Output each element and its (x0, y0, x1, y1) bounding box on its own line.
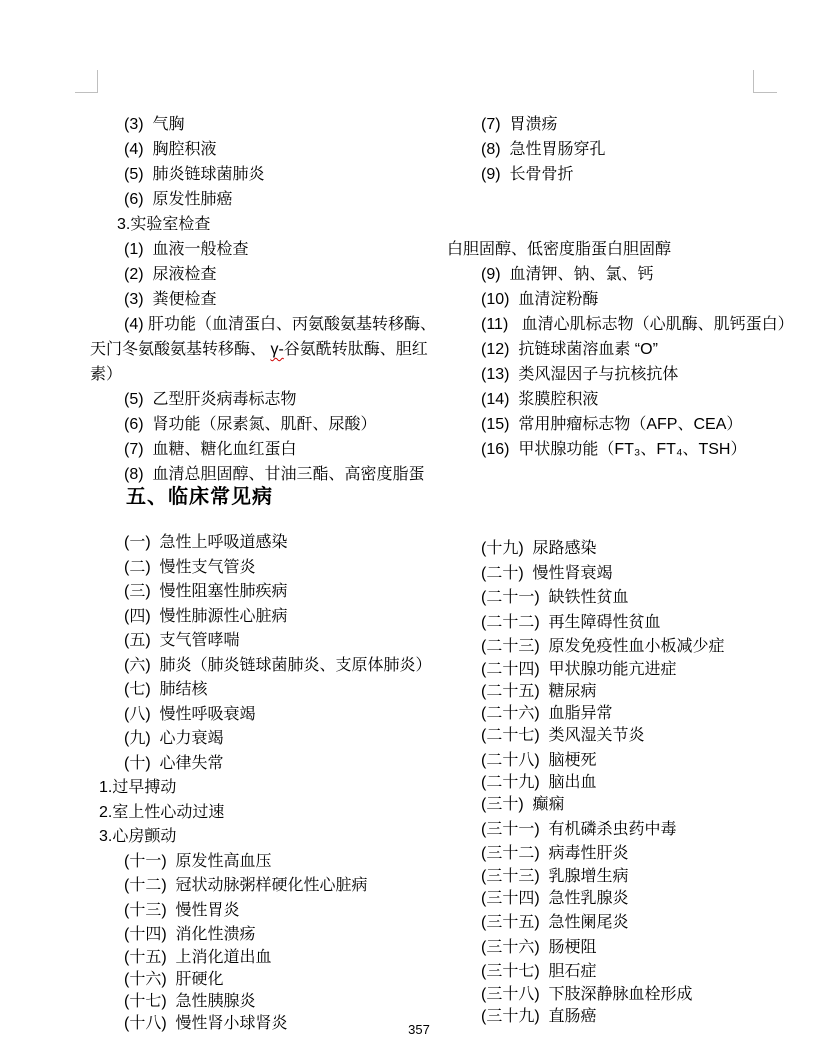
text-line: 2.室上性心动过速 (90, 801, 432, 826)
text-line (447, 187, 794, 212)
text-line: (十五) 上消化道出血 (90, 948, 432, 968)
text-segment: 素） (90, 366, 122, 383)
text-line: (15) 常用肿瘤标志物（AFP、CEA） (447, 412, 794, 437)
text-segment: (2) 尿液检查 (124, 266, 216, 283)
text-segment: (十三) 慢性胃炎 (124, 902, 240, 919)
text-segment: (6) 原发性肺癌 (124, 191, 232, 208)
text-line: (十四) 消化性溃疡 (90, 923, 432, 948)
text-line: (四) 慢性肺源性心脏病 (90, 605, 432, 630)
text-segment: (15) 常用肿瘤标志物（AFP、CEA） (481, 416, 742, 433)
text-segment: (三十四) 急性乳腺炎 (481, 890, 629, 907)
text-line: (三) 慢性阻塞性肺疾病 (90, 580, 432, 605)
text-line: (二十九) 脑出血 (447, 773, 725, 793)
text-line: (4) 肝功能（血清蛋白、丙氨酸氨基转移酶、 (90, 312, 436, 337)
text-segment: (二十三) 原发免疫性血小板减少症 (481, 638, 725, 655)
text-segment: (14) 浆膜腔积液 (481, 391, 598, 408)
text-line: (六) 肺炎（肺炎链球菌肺炎、支原体肺炎） (90, 654, 432, 679)
text-line: (三十二) 病毒性肝炎 (447, 842, 725, 867)
text-line: (十) 心律失常 (90, 752, 432, 777)
text-line: (8) 急性胃肠穿孔 (447, 137, 794, 162)
text-line: (二十五) 糖尿病 (447, 680, 725, 705)
text-segment: (二十四) 甲状腺功能亢进症 (481, 661, 677, 678)
text-segment: (三十三) 乳腺增生病 (481, 868, 629, 885)
text-line: (三十一) 有机磷杀虫药中毒 (447, 818, 725, 843)
text-line: 素） (90, 362, 436, 387)
text-segment: 1.过早搏动 (99, 779, 176, 796)
margin-corner-mark-top-left (75, 70, 98, 93)
text-line: (三十六) 肠梗阻 (447, 936, 725, 961)
text-segment: (7) 血糖、糖化血红蛋白 (124, 441, 296, 458)
text-segment: (二十八) 脑梗死 (481, 752, 597, 769)
top-section-left-column: (3) 气胸(4) 胸腔积液(5) 肺炎链球菌肺炎(6) 原发性肺癌3.实验室检… (90, 112, 436, 487)
text-segment: (六) 肺炎（肺炎链球菌肺炎、支原体肺炎） (124, 657, 432, 674)
text-segment: (5) 乙型肝炎病毒标志物 (124, 391, 296, 408)
text-segment: (十九) 尿路感染 (481, 540, 597, 557)
text-segment: (16) 甲状腺功能（FT₃、FT₄、TSH） (481, 441, 747, 458)
text-segment: (三十七) 胆石症 (481, 963, 597, 980)
text-line: (12) 抗链球菌溶血素 “O” (447, 337, 794, 362)
text-segment: (三十八) 下肢深静脉血栓形成 (481, 986, 693, 1003)
text-segment: (十五) 上消化道出血 (124, 949, 272, 966)
text-line (447, 212, 794, 237)
text-segment: (二十六) 血脂异常 (481, 705, 613, 722)
text-line: (3) 粪便检查 (90, 287, 436, 312)
text-line: (7) 胃溃疡 (447, 112, 794, 137)
text-segment: (3) 粪便检查 (124, 291, 216, 308)
text-segment: (6) 肾功能（尿素氮、肌酐、尿酸） (124, 416, 376, 433)
text-line: (二十三) 原发免疫性血小板减少症 (447, 635, 725, 660)
text-line: (5) 乙型肝炎病毒标志物 (90, 387, 436, 412)
text-segment: (十六) 肝硬化 (124, 971, 224, 988)
text-line: (三十七) 胆石症 (447, 960, 725, 985)
text-segment: (八) 慢性呼吸衰竭 (124, 706, 256, 723)
section-heading: 五、临床常见病 (126, 484, 273, 510)
text-segment: (二) 慢性支气管炎 (124, 559, 256, 576)
text-line: (二十六) 血脂异常 (447, 704, 725, 724)
text-segment: (12) 抗链球菌溶血素 “O” (481, 341, 658, 358)
text-segment: 3.心房颤动 (99, 828, 176, 845)
disease-list-right-column: (十九) 尿路感染(二十) 慢性肾衰竭(二十一) 缺铁性贫血(二十二) 再生障碍… (447, 537, 725, 1029)
text-line: (十二) 冠状动脉粥样硬化性心脏病 (90, 874, 432, 899)
text-segment: (3) 气胸 (124, 116, 184, 133)
text-line: (三十) 癫痫 (447, 793, 725, 818)
text-line: (6) 原发性肺癌 (90, 187, 436, 212)
text-segment: (一) 急性上呼吸道感染 (124, 534, 288, 551)
text-line: 3.心房颤动 (90, 825, 432, 850)
text-line: (十九) 尿路感染 (447, 537, 725, 562)
text-segment: (5) 肺炎链球菌肺炎 (124, 166, 264, 183)
text-segment: (二十七) 类风湿关节炎 (481, 727, 645, 744)
text-line: 3.实验室检查 (90, 212, 436, 237)
text-segment: (9) 血清钾、钠、氯、钙 (481, 266, 653, 283)
text-segment: (1) 血液一般检查 (124, 241, 248, 258)
text-line: (十七) 急性胰腺炎 (90, 992, 432, 1012)
text-segment: (二十一) 缺铁性贫血 (481, 589, 629, 606)
text-segment: (十四) 消化性溃疡 (124, 926, 256, 943)
text-segment: (4) 肝功能（血清蛋白、丙氨酸氨基转移酶、 (124, 316, 436, 333)
text-line: (11) 血清心肌标志物（心肌酶、肌钙蛋白） (447, 312, 794, 337)
text-line: (二十四) 甲状腺功能亢进症 (447, 660, 725, 680)
text-segment: (4) 胸腔积液 (124, 141, 216, 158)
text-segment: (三十五) 急性阑尾炎 (481, 914, 629, 931)
text-segment: (三十一) 有机磷杀虫药中毒 (481, 821, 677, 838)
text-line: (十一) 原发性高血压 (90, 850, 432, 875)
page-number: 357 (0, 1022, 838, 1038)
text-segment: (三十) 癫痫 (481, 796, 565, 813)
text-line: (4) 胸腔积液 (90, 137, 436, 162)
document-page: (3) 气胸(4) 胸腔积液(5) 肺炎链球菌肺炎(6) 原发性肺癌3.实验室检… (0, 0, 838, 1058)
text-segment: (三十二) 病毒性肝炎 (481, 845, 629, 862)
text-line: (5) 肺炎链球菌肺炎 (90, 162, 436, 187)
text-line: (9) 血清钾、钠、氯、钙 (447, 262, 794, 287)
text-segment: (十) 心律失常 (124, 755, 224, 772)
text-segment: (二十五) 糖尿病 (481, 683, 597, 700)
text-segment: (8) 急性胃肠穿孔 (481, 141, 605, 158)
text-segment: 2.室上性心动过速 (99, 804, 224, 821)
text-line: (16) 甲状腺功能（FT₃、FT₄、TSH） (447, 437, 794, 462)
text-line: (6) 肾功能（尿素氮、肌酐、尿酸） (90, 412, 436, 437)
text-line: (十三) 慢性胃炎 (90, 899, 432, 924)
text-line: (七) 肺结核 (90, 678, 432, 703)
text-segment: (四) 慢性肺源性心脏病 (124, 608, 288, 625)
text-segment: (二十) 慢性肾衰竭 (481, 565, 613, 582)
text-segment: (8) 血清总胆固醇、甘油三酯、高密度脂蛋 (124, 466, 424, 483)
text-line: (八) 慢性呼吸衰竭 (90, 703, 432, 728)
text-segment: (十二) 冠状动脉粥样硬化性心脏病 (124, 877, 368, 894)
text-line: (1) 血液一般检查 (90, 237, 436, 262)
text-segment: (7) 胃溃疡 (481, 116, 557, 133)
text-line: (7) 血糖、糖化血红蛋白 (90, 437, 436, 462)
disease-list-left-column: (一) 急性上呼吸道感染(二) 慢性支气管炎(三) 慢性阻塞性肺疾病(四) 慢性… (90, 531, 432, 1037)
text-segment: 天门冬氨酸氨基转移酶、 (90, 341, 270, 358)
text-line: (二) 慢性支气管炎 (90, 556, 432, 581)
text-line: (一) 急性上呼吸道感染 (90, 531, 432, 556)
text-line: (九) 心力衰竭 (90, 727, 432, 752)
text-line: (9) 长骨骨折 (447, 162, 794, 187)
text-segment: (三十六) 肠梗阻 (481, 939, 597, 956)
text-segment: (十七) 急性胰腺炎 (124, 993, 256, 1010)
text-segment: (10) 血清淀粉酶 (481, 291, 598, 308)
text-line: (十六) 肝硬化 (90, 968, 432, 993)
text-line: (二十八) 脑梗死 (447, 749, 725, 774)
text-line: 天门冬氨酸氨基转移酶、 γ-谷氨酰转肽酶、胆红 (90, 337, 436, 362)
text-line: (二十七) 类风湿关节炎 (447, 724, 725, 749)
text-line: (三十五) 急性阑尾炎 (447, 911, 725, 936)
text-line: (三十八) 下肢深静脉血栓形成 (447, 985, 725, 1005)
text-segment: (七) 肺结核 (124, 681, 208, 698)
text-line: 1.过早搏动 (90, 776, 432, 801)
text-line: (10) 血清淀粉酶 (447, 287, 794, 312)
text-segment: (二十二) 再生障碍性贫血 (481, 614, 661, 631)
text-line: (13) 类风湿因子与抗核抗体 (447, 362, 794, 387)
text-line: 白胆固醇、低密度脂蛋白胆固醇 (447, 237, 794, 262)
text-segment: 白胆固醇、低密度脂蛋白胆固醇 (447, 241, 671, 258)
text-segment: (三) 慢性阻塞性肺疾病 (124, 583, 288, 600)
top-section-right-column: (7) 胃溃疡(8) 急性胃肠穿孔(9) 长骨骨折白胆固醇、低密度脂蛋白胆固醇(… (447, 112, 794, 462)
text-segment: (9) 长骨骨折 (481, 166, 573, 183)
text-segment: 3.实验室检查 (117, 216, 210, 233)
text-line: (3) 气胸 (90, 112, 436, 137)
text-line: (二十二) 再生障碍性贫血 (447, 611, 725, 636)
text-line: (二十) 慢性肾衰竭 (447, 562, 725, 587)
text-line: (14) 浆膜腔积液 (447, 387, 794, 412)
text-segment: 谷氨酰转肽酶、胆红 (284, 341, 428, 358)
text-segment: (二十九) 脑出血 (481, 774, 597, 791)
text-line: (二十一) 缺铁性贫血 (447, 586, 725, 611)
text-segment: (十一) 原发性高血压 (124, 853, 272, 870)
text-segment: (五) 支气管哮喘 (124, 632, 240, 649)
text-line: (三十四) 急性乳腺炎 (447, 887, 725, 912)
text-line: (五) 支气管哮喘 (90, 629, 432, 654)
text-line: (2) 尿液检查 (90, 262, 436, 287)
margin-corner-mark-top-right (753, 70, 777, 93)
text-segment: (13) 类风湿因子与抗核抗体 (481, 366, 678, 383)
text-line: (三十三) 乳腺增生病 (447, 867, 725, 887)
text-segment: (九) 心力衰竭 (124, 730, 224, 747)
text-segment: (11) 血清心肌标志物（心肌酶、肌钙蛋白） (481, 316, 794, 333)
spellcheck-underlined-text: γ- (270, 341, 283, 358)
